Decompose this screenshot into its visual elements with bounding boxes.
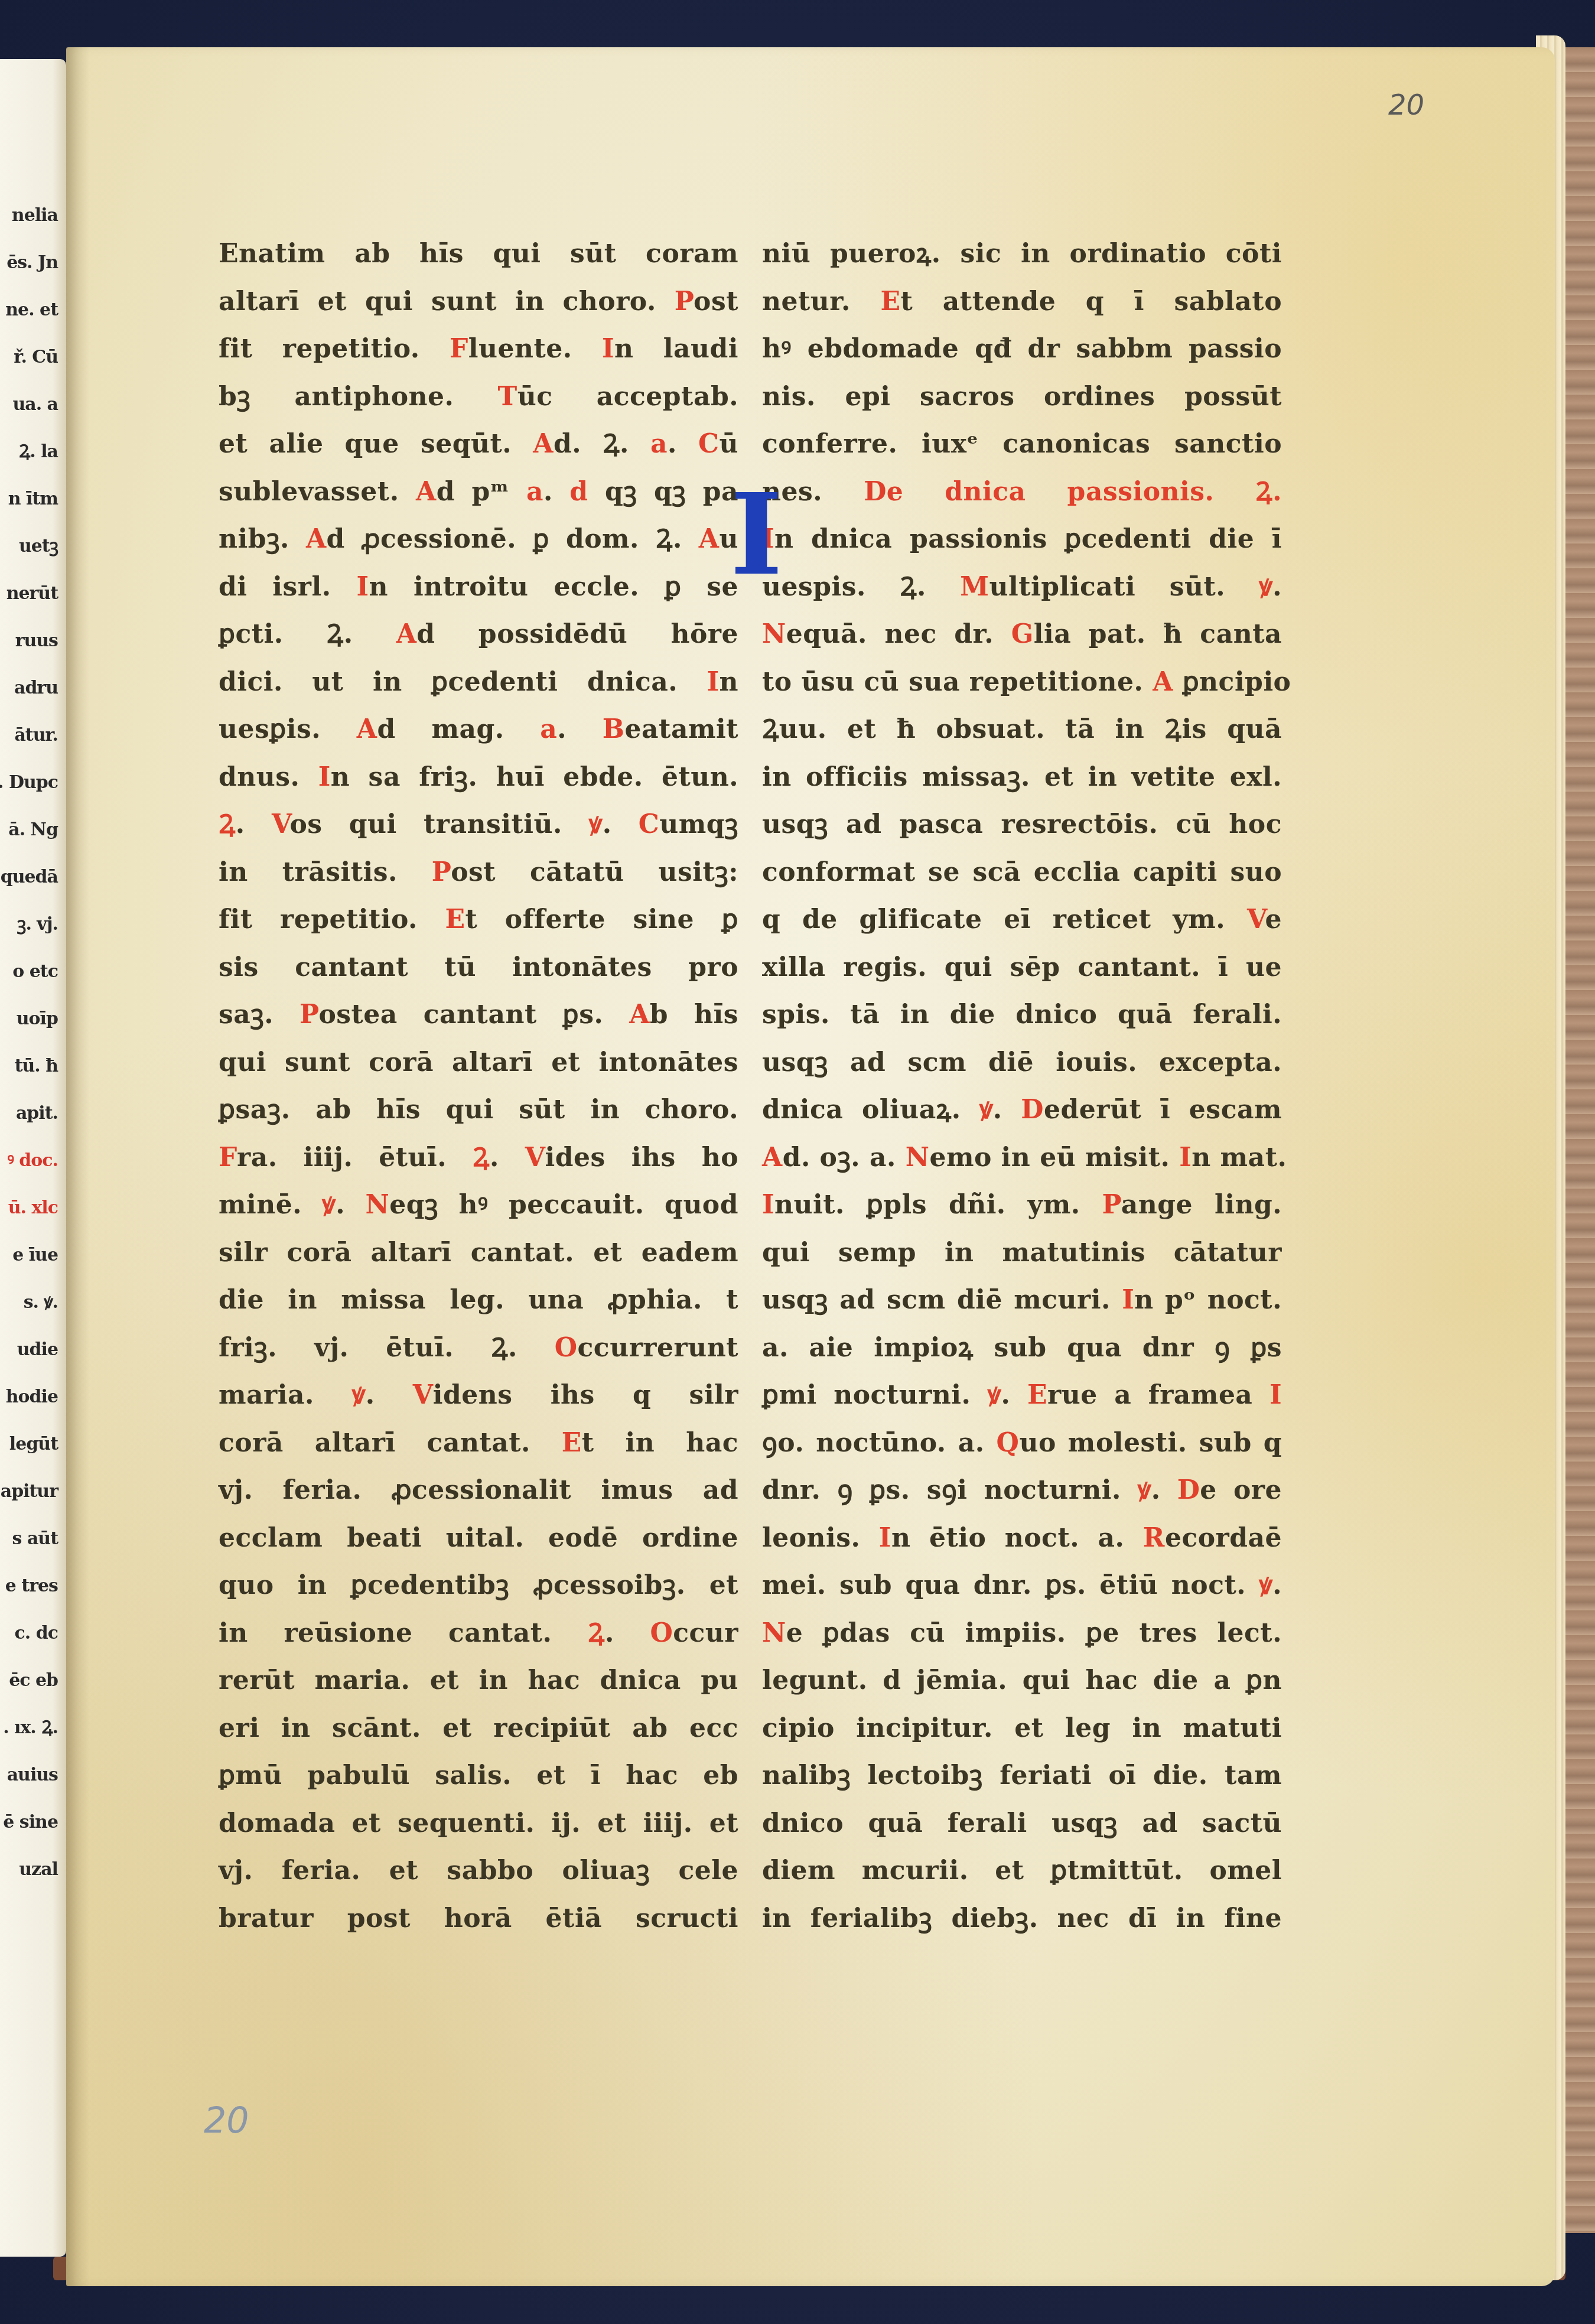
rubricated-text: P (300, 1000, 318, 1030)
rubricated-text: O (555, 1333, 578, 1363)
text-line: fit repetitio. Fluente. In laudi (219, 326, 738, 373)
rubricated-text: I (1270, 1380, 1282, 1410)
facing-page-line: nelia (12, 207, 58, 224)
body-text: . (603, 809, 639, 839)
rubricated-text: F (450, 334, 468, 364)
body-text: . (336, 1190, 365, 1220)
text-line: Ꝝuu. et ħ obsuat. tā in Ꝝis quā (762, 706, 1282, 754)
text-line: minē. ꝟ. Neqꝫ hꝰ peccauit. quod (219, 1181, 738, 1229)
rubricated-text: V (272, 809, 290, 839)
body-text: uespis. Ꝝ. (762, 572, 960, 602)
text-line: cipio incipitur. et leg in matuti (762, 1705, 1282, 1753)
body-text: luente. (468, 334, 602, 364)
rubricated-text: A (699, 524, 720, 554)
body-text: t attende q ī sablato (900, 287, 1282, 317)
body-text: bratur post horā ētiā scructi (219, 1903, 738, 1934)
body-text: Enatim ab hı̄s qui sūt coram (219, 239, 738, 269)
text-line: ꝑmi nocturni. ꝟ. Erue a framea I (762, 1372, 1282, 1420)
rubricated-text: I (762, 1190, 774, 1220)
facing-page-line: o etc (12, 963, 58, 981)
text-line: Inuit. ꝑpls dñi. ym. Pange ling. (762, 1181, 1282, 1229)
body-text: uo molesti. sub q (1019, 1428, 1282, 1458)
body-text: t offerte sine ꝑ (465, 904, 738, 935)
text-line: conformat se scā ecclia capiti suo (762, 849, 1282, 897)
text-line: sis cantant tū intonātes pro (219, 944, 738, 992)
text-line: quo in ꝑcedentibꝫ ꝓcessoibꝫ. et (219, 1562, 738, 1610)
text-line: dnica oliuaꝝ. ꝟ. Dederūt ī escam (762, 1086, 1282, 1134)
body-text: d. oꝫ. a. (783, 1143, 906, 1173)
text-line: dnr. ꝯ ꝑs. sꝯi nocturni. ꝟ. De ore (762, 1467, 1282, 1515)
body-text: n sa friꝫ. huī ebde. ētun. (331, 762, 738, 792)
text-line: rerūt maria. et in hac dnica pu (219, 1657, 738, 1705)
text-line: to ūsu cū sua repetitione. A ꝑncipio (762, 659, 1282, 707)
rubricated-text: F (219, 1143, 237, 1173)
folio-number-bottom: 20 (204, 2100, 249, 2141)
body-text: bꝫ antiphone. (219, 382, 498, 412)
text-line: saꝫ. Postea cantant ꝑs. Ab hı̄s (219, 991, 738, 1039)
facing-page-line: ātur. (14, 727, 58, 744)
rubricated-text: ꝟ (352, 1380, 366, 1410)
text-line: usqꝫ ad scm diē mcuri. In pᵒ noct. (762, 1277, 1282, 1324)
body-text: . (1151, 1475, 1177, 1505)
text-line: et alie que seqūt. Ad. Ꝝ. a. Cū (219, 421, 738, 468)
facing-page-line: quedā (1, 868, 58, 886)
rubricated-text: De dnica passionis. Ꝝ. (864, 477, 1282, 507)
text-line: usqꝫ ad scm diē iouis. excepta. (762, 1039, 1282, 1087)
text-line: in ferialibꝫ diebꝫ. nec dī in fine (762, 1895, 1282, 1943)
rubricated-text: A (762, 1143, 783, 1173)
body-text: usqꝫ ad pasca resrectōis. cū hoc (762, 809, 1282, 839)
facing-page-line: uetꝫ (19, 538, 58, 555)
rubricated-text: A (1153, 667, 1173, 697)
rubricated-text: D (1021, 1095, 1044, 1125)
body-text: dnr. ꝯ ꝑs. sꝯi nocturni. (762, 1475, 1138, 1505)
rubricated-text: a (526, 477, 543, 507)
text-column-right: niū pueroꝝ. sic in ordinatio cōtinetur. … (762, 230, 1282, 1942)
body-text: et alie que seqūt. (219, 429, 533, 459)
text-line: ꝯo. noctūno. a. Quo molesti. sub q (762, 1420, 1282, 1467)
facing-page-line: tū. ħ (15, 1057, 58, 1075)
body-text: domada et sequenti. ij. et iiij. et (219, 1808, 738, 1838)
decorated-initial: I (730, 484, 760, 585)
body-text: mei. sub qua dnr. ꝑs. ētiū noct. (762, 1570, 1259, 1600)
rubricated-text: ꝟ (323, 1190, 336, 1220)
body-text: dnica oliuaꝝ. (762, 1095, 979, 1125)
rubricated-text: C (639, 809, 660, 839)
body-text: cipio incipitur. et leg in matuti (762, 1713, 1282, 1743)
rubricated-text: I (1179, 1143, 1192, 1173)
body-text: corā altarī cantat. (219, 1428, 562, 1458)
gutter-shadow (66, 47, 90, 2286)
rubricated-text: A (416, 477, 437, 507)
text-line: in reūsione cantat. Ꝝ. Occur (219, 1610, 738, 1658)
body-text: fit repetitio. (219, 334, 450, 364)
body-text: in trāsitis. (219, 857, 432, 887)
facing-page-line: s aūt (12, 1530, 58, 1548)
facing-page-line: udie (17, 1341, 58, 1359)
body-text: ost (694, 287, 738, 317)
folio-number-top: 20 (1388, 89, 1424, 122)
rubricated-text: I (602, 334, 614, 364)
text-line: qui semp in matutinis cātatur (762, 1229, 1282, 1277)
body-text: n (720, 667, 739, 697)
body-text: ꝑcti. Ꝝ. (219, 619, 396, 649)
body-text: n mat. (1192, 1143, 1287, 1173)
body-text: qꝫ qꝫ pa (588, 477, 738, 507)
facing-page-line: ꝫ. vj. (17, 916, 58, 933)
rubricated-text: E (880, 287, 900, 317)
text-line: friꝫ. vj. ētuī. Ꝝ. Occurrerunt (219, 1324, 738, 1372)
body-text: friꝫ. vj. ētuī. Ꝝ. (219, 1333, 555, 1363)
facing-page-line: . Dupc (0, 774, 58, 792)
rubricated-text: O (650, 1618, 673, 1648)
text-line: dici. ut in ꝑcedenti dnica. In (219, 659, 738, 707)
body-text: saꝫ. (219, 1000, 300, 1030)
body-text: . (993, 1095, 1021, 1125)
facing-page-fragment: neliaēs. Jnne. etř. Cūua. aꝜ. lan ītmuet… (0, 59, 66, 2257)
body-text: . (557, 714, 603, 744)
text-line: usqꝫ ad pasca resrectōis. cū hoc (762, 801, 1282, 849)
text-line: hꝰ ebdomade qđ dr sabbm passio (762, 326, 1282, 373)
rubricated-text: A (396, 619, 417, 649)
text-line: silr corā altarī cantat. et eadem (219, 1229, 738, 1277)
rubricated-text: I (707, 667, 719, 697)
rubricated-text: A (629, 1000, 650, 1030)
text-column-left: Enatim ab hı̄s qui sūt coramaltarī et qu… (219, 230, 738, 1942)
facing-page-line: legūt (9, 1436, 58, 1453)
text-line: Ad. oꝫ. a. Nemo in eū misit. In mat. (762, 1134, 1282, 1182)
body-text: . (490, 1143, 525, 1173)
rubricated-text: P (1102, 1190, 1121, 1220)
facing-page-line: adru (14, 679, 58, 697)
body-text: os qui transitiū. (289, 809, 589, 839)
rubricated-text: ꝟ (589, 809, 603, 839)
facing-page-line: ua. a (12, 396, 58, 414)
facing-page-line: e tres (5, 1577, 58, 1595)
rubricated-text: ꝟ (979, 1095, 993, 1125)
rubricated-text: N (366, 1190, 390, 1220)
body-text: n introitu eccle. ꝑ se (369, 572, 738, 602)
facing-page-line: ē sine (3, 1814, 58, 1831)
body-text: di isrl. (219, 572, 356, 602)
body-text: ꝑmū pabulū salis. et ī hac eb (219, 1760, 738, 1791)
body-text: umqꝫ (659, 809, 738, 839)
body-text: nuit. ꝑpls dñi. ym. (774, 1190, 1102, 1220)
body-text: a. aie impioꝝ sub qua dnr ꝯ ꝑs (762, 1333, 1282, 1363)
body-text: diem mcurii. et ꝑtmittūt. omel (762, 1856, 1282, 1886)
rubricated-text: V (525, 1143, 545, 1173)
rubricated-text: ꝟ (988, 1380, 1001, 1410)
body-text: Ꝝuu. et ħ obsuat. tā in Ꝝis quā (762, 714, 1282, 744)
facing-page-line: ne. et (5, 301, 58, 319)
text-line: vj. feria. ꝓcessionalit imus ad (219, 1467, 738, 1515)
body-text: ccur (673, 1618, 738, 1648)
rubricated-text: I (356, 572, 369, 602)
body-text: niū pueroꝝ. sic in ordinatio cōti (762, 239, 1282, 269)
text-line: dnus. In sa friꝫ. huī ebde. ētun. (219, 754, 738, 802)
body-text: equā. nec dr. (786, 619, 1011, 649)
facing-page-line: apit. (16, 1105, 58, 1122)
body-text: ccurrerunt (578, 1333, 738, 1363)
body-text: lia pat. ħ canta (1034, 619, 1282, 649)
text-line: bratur post horā ētiā scructi (219, 1895, 738, 1943)
body-text: ūc acceptab. (517, 382, 738, 412)
body-text: d pᵐ (437, 477, 526, 507)
text-line: in trāsitis. Post cātatū usitꝫ: (219, 849, 738, 897)
text-line: maria. ꝟ. Videns ihs q silr (219, 1372, 738, 1420)
text-line: mei. sub qua dnr. ꝑs. ētiū noct. ꝟ. (762, 1562, 1282, 1610)
facing-page-line: . hodie (0, 1388, 58, 1406)
body-text: . (236, 809, 272, 839)
body-text: minē. (219, 1190, 323, 1220)
rubricated-text: N (762, 619, 786, 649)
body-text: ra. iiij. ētuī. (237, 1143, 473, 1173)
body-text: ides ihs ho (545, 1143, 738, 1173)
body-text: ultiplicati sūt. (989, 572, 1259, 602)
body-text: e ore (1200, 1475, 1282, 1505)
text-line: diem mcurii. et ꝑtmittūt. omel (762, 1847, 1282, 1895)
body-text: spis. tā in die dnico quā ferali. (762, 1000, 1282, 1030)
rubricated-text: I (318, 762, 331, 792)
text-line: vj. feria. et sabbo oliuaꝫ cele (219, 1847, 738, 1895)
body-text: ū (720, 429, 739, 459)
body-text: . (605, 1618, 650, 1648)
body-text: emo in eū misit. (929, 1143, 1179, 1173)
rubricated-text: E (1027, 1380, 1047, 1410)
rubricated-text: P (432, 857, 451, 887)
body-text: d mag. (377, 714, 540, 744)
body-text: uesꝑis. (219, 714, 357, 744)
text-line: corā altarī cantat. Et in hac (219, 1420, 738, 1467)
rubricated-text: V (413, 1380, 433, 1410)
body-text: xilla regis. qui sēp cantant. ī ue (762, 952, 1282, 982)
body-text: die in missa leg. una ꝓphia. t (219, 1285, 738, 1315)
text-line: altarī et qui sunt in choro. Post (219, 278, 738, 326)
text-line: ꝑsaꝫ. ab hı̄s qui sūt in choro. (219, 1086, 738, 1134)
text-line: Fra. iiij. ētuī. Ꝝ. Vides ihs ho (219, 1134, 738, 1182)
facing-page-line: ū. xlc (8, 1199, 58, 1217)
text-line: Enatim ab hı̄s qui sūt coram (219, 230, 738, 278)
rubricated-text: A (357, 714, 377, 744)
rubricated-text: A (306, 524, 327, 554)
body-text: conformat se scā ecclia capiti suo (762, 857, 1282, 887)
text-line: In dnica passionis ꝑcedenti die ī (762, 516, 1282, 564)
text-line: domada et sequenti. ij. et iiij. et (219, 1800, 738, 1848)
facing-page-line: nerūt (6, 585, 58, 603)
body-text: q de glificate eī reticet ym. (762, 904, 1247, 935)
text-line: Ne ꝑdas cū impiis. ꝑe tres lect. (762, 1610, 1282, 1658)
body-text: vj. feria. et sabbo oliuaꝫ cele (219, 1856, 738, 1886)
rubricated-text: P (675, 287, 694, 317)
body-text: d. Ꝝ. (554, 429, 650, 459)
body-text: . (1272, 1570, 1282, 1600)
body-text: legunt. d jēmia. qui hac die a ꝑn (762, 1665, 1282, 1695)
facing-page-line: apitur (1, 1483, 58, 1500)
rubricated-text: ꝟ (1259, 1570, 1273, 1600)
body-text: maria. (219, 1380, 352, 1410)
body-text: dnico quā ferali usqꝫ ad sactū (762, 1808, 1282, 1838)
rubricated-text: d (569, 477, 588, 507)
rubricated-text: N (762, 1618, 786, 1648)
body-text: dici. ut in ꝑcedenti dnica. (219, 667, 707, 697)
body-text: nalibꝫ lectoibꝫ feriati oī die. tam (762, 1760, 1282, 1791)
facing-page-line: ēs. Jn (6, 254, 58, 272)
body-text: quo in ꝑcedentibꝫ ꝓcessoibꝫ. et (219, 1570, 738, 1600)
body-text: leonis. (762, 1523, 879, 1553)
body-text: qui sunt corā altarī et intonātes (219, 1047, 738, 1078)
facing-page-line: c. dc (15, 1625, 58, 1642)
text-line: sublevasset. Ad pᵐ a. d qꝫ qꝫ pa (219, 468, 738, 516)
body-text: . (668, 429, 698, 459)
rubricated-text: Q (997, 1428, 1020, 1458)
text-line: ꝑmū pabulū salis. et ī hac eb (219, 1752, 738, 1800)
rubricated-text: I (879, 1523, 891, 1553)
text-line: niū pueroꝝ. sic in ordinatio cōti (762, 230, 1282, 278)
body-text: e (1265, 904, 1282, 935)
text-line: xilla regis. qui sēp cantant. ī ue (762, 944, 1282, 992)
body-text: vj. feria. ꝓcessionalit imus ad (219, 1475, 738, 1505)
rubricated-text: E (445, 904, 465, 935)
facing-page-line: . ıx. Ꝝ. (3, 1719, 58, 1737)
body-text: d possidēdū hōre (416, 619, 738, 649)
body-text: to ūsu cū sua repetitione. (762, 667, 1153, 697)
text-line: in officiis missaꝫ. et in vetite exl. (762, 754, 1282, 802)
body-text: ꝯo. noctūno. a. (762, 1428, 997, 1458)
text-line: qui sunt corā altarī et intonātes (219, 1039, 738, 1087)
text-line: eri in scānt. et recipiūt ab ecc (219, 1705, 738, 1753)
rubricated-text: I (1122, 1285, 1134, 1315)
rubricated-text: T (498, 382, 517, 412)
body-text: . (1001, 1380, 1027, 1410)
text-line: fit repetitio. Et offerte sine ꝑ (219, 896, 738, 944)
rubricated-text: D (1177, 1475, 1200, 1505)
body-text: hꝰ ebdomade qđ dr sabbm passio (762, 334, 1282, 364)
body-text: eatamit (625, 714, 738, 744)
body-text: ꝑsaꝫ. ab hı̄s qui sūt in choro. (219, 1095, 738, 1125)
body-text: in reūsione cantat. (219, 1618, 588, 1648)
text-line: die in missa leg. una ꝓphia. t (219, 1277, 738, 1324)
body-text: netur. (762, 287, 880, 317)
body-text: ost cātatū usitꝫ: (451, 857, 738, 887)
facing-page-line: ruus (15, 632, 58, 650)
rubricated-text: C (698, 429, 720, 459)
body-text: rue a framea (1047, 1380, 1270, 1410)
body-text: ecclam beati uital. eodē ordine (219, 1523, 738, 1553)
facing-page-line: s. ꝟ. (24, 1294, 58, 1311)
facing-page-line: Ꝝ. la (19, 443, 58, 461)
body-text: d ꝓcessionē. ꝑ dom. Ꝝ. (327, 524, 699, 554)
text-line: a. aie impioꝝ sub qua dnr ꝯ ꝑs (762, 1324, 1282, 1372)
body-text: ostea cantant ꝑs. (318, 1000, 629, 1030)
facing-page-line: uoīp (17, 1010, 58, 1028)
body-text: ederūt ī escam (1044, 1095, 1282, 1125)
rubricated-text: A (533, 429, 554, 459)
body-text: conferre. iuxᵉ canonicas sanctio (762, 429, 1282, 459)
text-line: uesꝑis. Ad mag. a. Beatamit (219, 706, 738, 754)
text-line: legunt. d jēmia. qui hac die a ꝑn (762, 1657, 1282, 1705)
facing-page-line: ꝰ doc. (7, 1152, 58, 1170)
body-text: in ferialibꝫ diebꝫ. nec dī in fine (762, 1903, 1282, 1934)
body-text: ꝑncipio (1173, 667, 1291, 697)
body-text: t in hac (582, 1428, 738, 1458)
facing-page-line: e īue (12, 1246, 58, 1264)
body-text: altarī et qui sunt in choro. (219, 287, 675, 317)
facing-page-line: ā. Ng (8, 821, 58, 839)
rubricated-text: a (650, 429, 668, 459)
body-text: . (366, 1380, 413, 1410)
text-line: nalibꝫ lectoibꝫ feriati oī die. tam (762, 1752, 1282, 1800)
facing-page-line: auius (7, 1766, 58, 1784)
body-text: ꝑmi nocturni. (762, 1380, 988, 1410)
rubricated-text: Ꝝ (588, 1618, 605, 1648)
body-text: eri in scānt. et recipiūt ab ecc (219, 1713, 738, 1743)
text-line: bꝫ antiphone. Tūc acceptab. (219, 373, 738, 421)
body-text: rerūt maria. et in hac dnica pu (219, 1665, 738, 1695)
body-text: e ꝑdas cū impiis. ꝑe tres lect. (786, 1618, 1282, 1648)
text-line: dnico quā ferali usqꝫ ad sactū (762, 1800, 1282, 1848)
text-line: nes. De dnica passionis. Ꝝ. (762, 468, 1282, 516)
rubricated-text: ꝟ (1259, 572, 1273, 602)
body-text: ecordaē (1165, 1523, 1282, 1553)
body-text: ange ling. (1121, 1190, 1282, 1220)
body-text: sublevasset. (219, 477, 416, 507)
body-text: nis. epi sacros ordines possūt (762, 382, 1282, 412)
text-line: Nequā. nec dr. Glia pat. ħ canta (762, 611, 1282, 659)
rubricated-text: G (1011, 619, 1034, 649)
body-text: usqꝫ ad scm diē iouis. excepta. (762, 1047, 1282, 1078)
text-line: ecclam beati uital. eodē ordine (219, 1515, 738, 1563)
facing-page-line: n ītm (8, 490, 58, 508)
body-text: usqꝫ ad scm diē mcuri. (762, 1285, 1122, 1315)
body-text: n laudi (614, 334, 738, 364)
rubricated-text: E (562, 1428, 582, 1458)
text-line: q de glificate eī reticet ym. Ve (762, 896, 1282, 944)
facing-page-line: uzal (19, 1861, 58, 1879)
body-text: n dnica passionis ꝑcedenti die ī (774, 524, 1282, 554)
rubricated-text: ꝟ (1138, 1475, 1151, 1505)
body-text: n pᵒ noct. (1134, 1285, 1282, 1315)
text-line: ꝑcti. Ꝝ. Ad possidēdū hōre (219, 611, 738, 659)
rubricated-text: V (1247, 904, 1265, 935)
text-line: uespis. Ꝝ. Multiplicati sūt. ꝟ. (762, 564, 1282, 611)
text-line: netur. Et attende q ī sablato (762, 278, 1282, 326)
facing-page-line: ř. Cū (14, 349, 58, 366)
body-text: . (543, 477, 569, 507)
rubricated-text: a (540, 714, 557, 744)
body-text: sis cantant tū intonātes pro (219, 952, 738, 982)
text-line: nibꝫ. Ad ꝓcessionē. ꝑ dom. Ꝝ. Au (219, 516, 738, 564)
body-text: . (1272, 572, 1282, 602)
body-text: silr corā altarī cantat. et eadem (219, 1238, 738, 1268)
text-line: spis. tā in die dnico quā ferali. (762, 991, 1282, 1039)
rubricated-text: R (1143, 1523, 1165, 1553)
facing-page-line: ēc eb (9, 1672, 58, 1690)
body-text: n ētio noct. a. (891, 1523, 1143, 1553)
rubricated-text: N (906, 1143, 930, 1173)
text-line: di isrl. In introitu eccle. ꝑ se (219, 564, 738, 611)
body-text: fit repetitio. (219, 904, 445, 935)
rubricated-text: Ꝝ (473, 1143, 490, 1173)
text-line: Ꝝ. Vos qui transitiū. ꝟ. Cumqꝫ (219, 801, 738, 849)
rubricated-text: B (603, 714, 625, 744)
body-text: idens ihs q silr (433, 1380, 738, 1410)
body-text: in officiis missaꝫ. et in vetite exl. (762, 762, 1282, 792)
body-text: b hı̄s (650, 1000, 738, 1030)
body-text: dnus. (219, 762, 318, 792)
body-text: nibꝫ. (219, 524, 306, 554)
text-line: conferre. iuxᵉ canonicas sanctio (762, 421, 1282, 468)
rubricated-text: M (960, 572, 989, 602)
